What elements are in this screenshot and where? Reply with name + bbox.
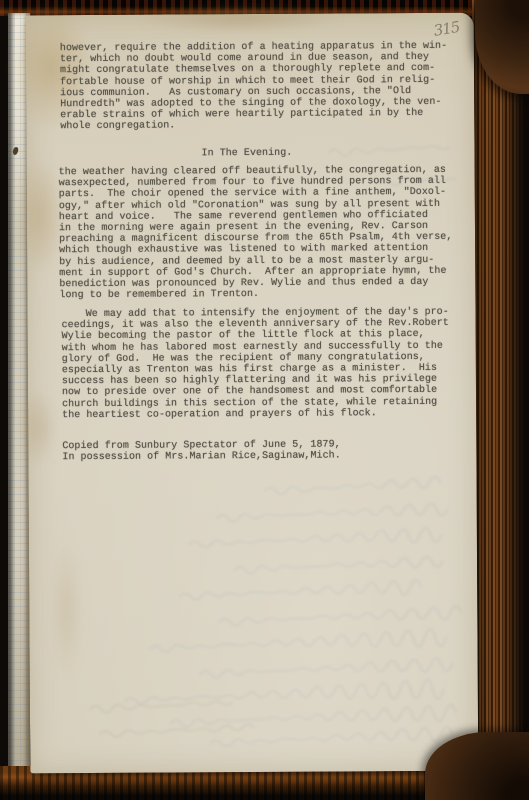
typed-attribution: Copied from Sunbury Spectator of June 5,… bbox=[62, 439, 340, 463]
typed-paragraph-3: We may add that to intensify the enjoyme… bbox=[61, 307, 449, 421]
paper-stain bbox=[49, 535, 84, 685]
section-heading: In The Evening. bbox=[202, 148, 293, 160]
scrapbook-photo: 315 however, require the addition of a h… bbox=[0, 0, 529, 800]
typed-paragraph-2: the weather having cleared off beautiful… bbox=[59, 165, 453, 302]
typed-paragraph-1: however, require the addition of a heati… bbox=[60, 41, 448, 133]
book-fore-edge bbox=[472, 0, 529, 800]
page-number: 315 bbox=[433, 20, 461, 39]
scrapbook-page: 315 however, require the addition of a h… bbox=[26, 13, 479, 774]
